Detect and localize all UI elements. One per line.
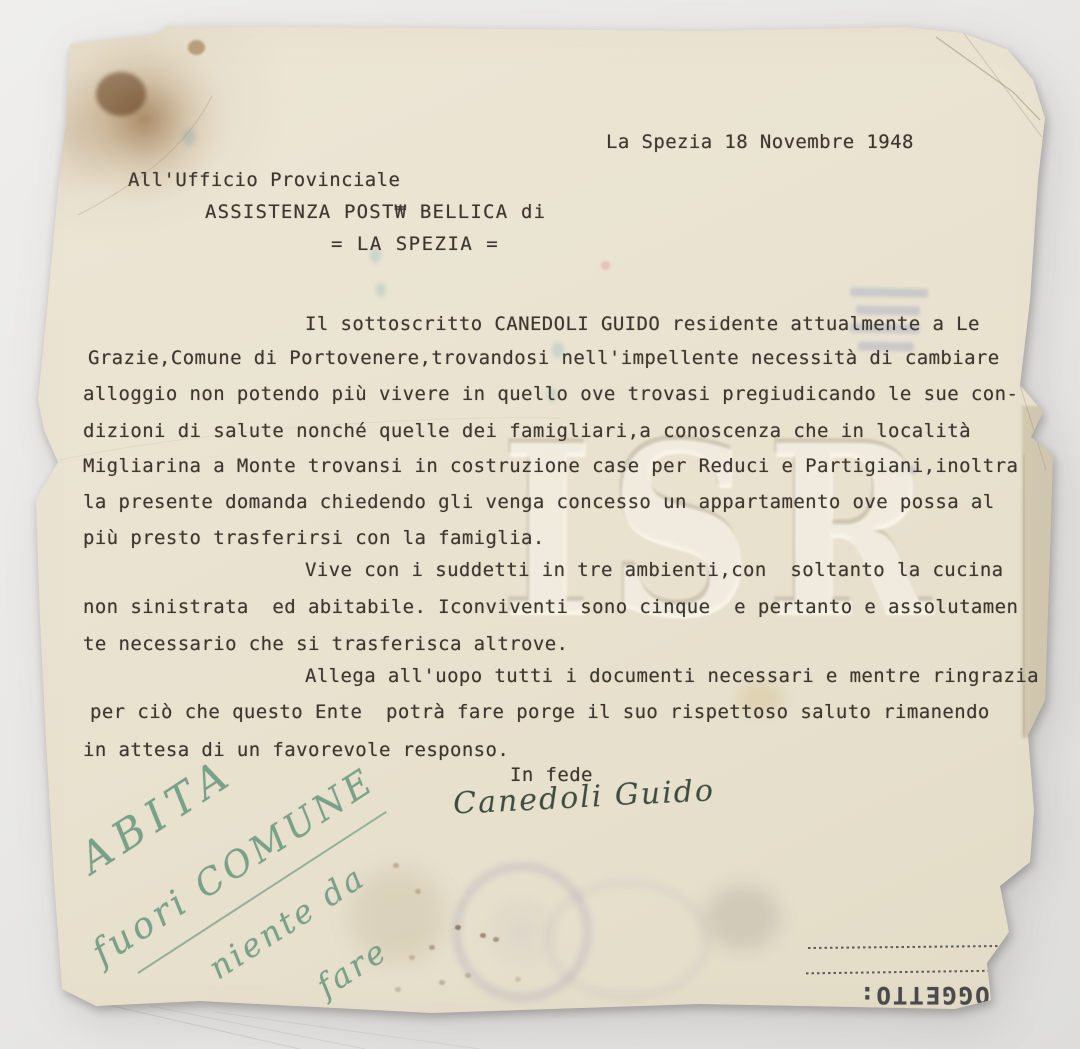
stain-halo (14, 52, 144, 212)
note-line-fare: fare (310, 931, 395, 1005)
body-line-2: Grazie,Comune di Portovenere,trovandosi … (88, 347, 1000, 370)
body-line-13: in attesa di un favorevole responso. (83, 739, 509, 762)
body-line-4: dizioni di salute nonché quelle dei fami… (83, 420, 971, 443)
stain-core (96, 72, 146, 116)
body-line-7: più presto trasferirsi con la famiglia. (83, 527, 545, 550)
body-line-12: per ciò che questo Ente potrà fare porge… (90, 701, 990, 724)
pink-speck (601, 261, 610, 270)
stain-small-dot (188, 40, 205, 55)
recipient-office-line: All'Ufficio Provinciale (128, 169, 400, 192)
body-line-9: non sinistrata ed abitabile. Iconviventi… (83, 596, 1018, 619)
body-line-6: la presente domanda chiedendo gli venga … (83, 491, 995, 514)
ink-offset-mark (850, 287, 928, 297)
body-line-8: Vive con i suddetti in tre ambienti,con … (305, 559, 1004, 582)
faded-stamp-ghost (452, 862, 592, 1002)
date-line: La Spezia 18 Novembre 1948 (606, 131, 914, 154)
blue-dab (182, 128, 196, 146)
blue-dab (376, 283, 386, 297)
form-dotted-line (806, 970, 1002, 975)
body-line-5: Migliarina a Monte trovansi in costruzio… (83, 455, 1018, 478)
recipient-city-line: = LA SPEZIA = (331, 233, 499, 256)
signature: Canedoli Guido (452, 773, 716, 822)
letter-paper: ISR La Spezia 18 Novembre 1948 All'Uffic… (0, 0, 1080, 1049)
body-line-10: te necessario che si trasferisca altrove… (83, 633, 568, 656)
recipient-org-line: ASSISTENZA POST₩ BELLICA di (205, 201, 546, 224)
body-line-3: alloggio non potendo più vivere in quell… (83, 383, 1018, 406)
reverse-oggetto-text: OGGETTO: (858, 983, 990, 1006)
form-dotted-line (808, 945, 1001, 949)
body-line-11: Allega all'uopo tutti i documenti necess… (305, 665, 1039, 688)
folded-edge-flap (1022, 406, 1056, 738)
scan-background: ISR La Spezia 18 Novembre 1948 All'Uffic… (0, 0, 1080, 1049)
smudge-bottom-right (705, 885, 780, 950)
body-line-1: Il sottoscritto CANEDOLI GUIDO residente… (305, 313, 980, 336)
faded-stamp-ghost-2 (545, 880, 710, 1000)
dirt-speckles (455, 925, 461, 930)
